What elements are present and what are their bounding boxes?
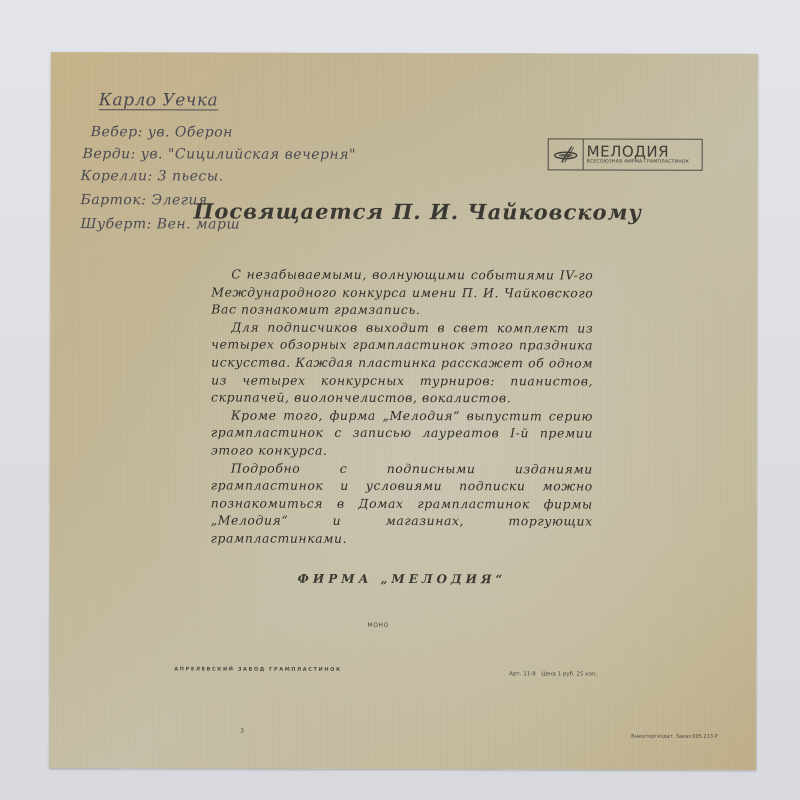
handwritten-line: Вебер: ув. Оберон: [91, 124, 233, 140]
format-label: МОНО: [367, 622, 389, 629]
paragraph: Кроме того, фирма „Мелодия“ выпустит сер…: [211, 406, 593, 460]
article-number: Арт. 11-8: [509, 671, 535, 677]
price-label: Цена 1 руб. 25 коп.: [541, 671, 597, 677]
signature: ФИРМА „МЕЛОДИЯ“: [298, 572, 507, 587]
paragraph: С незабываемыми, волнующими событиями IV…: [211, 265, 593, 319]
page-number: 3: [240, 728, 244, 735]
order-number: Внешторгиздат. Заказ 005 213 Р: [631, 734, 718, 740]
record-sleeve-back: Карло Уечка Вебер: ув. Оберон Верди: ув.…: [49, 52, 758, 770]
handwritten-line: Корелли: 3 пьесы.: [81, 168, 224, 184]
handwritten-line: Верди: ув. "Сицилийская вечерня": [83, 146, 356, 163]
logo-subtitle: ВСЕСОЮЗНАЯ ФИРМА ГРАМПЛАСТИНОК: [587, 159, 702, 165]
dedication-heading: Посвящается П. И. Чайковскому: [193, 198, 642, 224]
body-text: С незабываемыми, волнующими событиями IV…: [211, 265, 594, 547]
handwritten-title: Карло Уечка: [99, 90, 218, 110]
factory-label: АПРЕЛЕВСКИЙ ЗАВОД ГРАМПЛАСТИНОК: [174, 666, 341, 672]
paragraph: Подробно с подписными изданиями грамплас…: [211, 459, 593, 548]
melodiya-record-icon: [549, 139, 584, 169]
paragraph: Для подписчиков выходит в свет комплект …: [211, 318, 593, 407]
melodiya-logo: МЕЛОДИЯ ВСЕСОЮЗНАЯ ФИРМА ГРАМПЛАСТИНОК: [548, 138, 703, 170]
handwritten-line: Барток: Элегия: [81, 192, 208, 208]
logo-name: МЕЛОДИЯ: [587, 144, 702, 159]
